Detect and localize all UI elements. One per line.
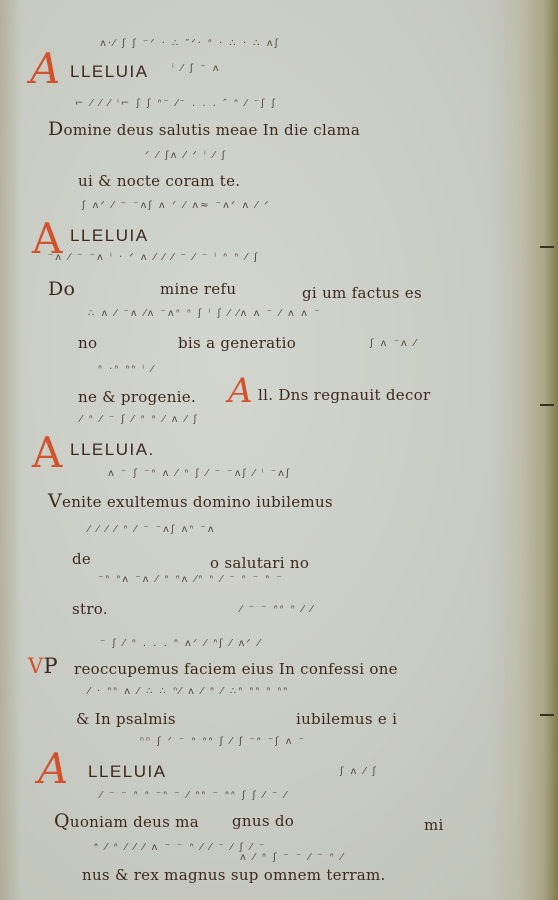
verse-initial: Q — [54, 810, 70, 832]
neume-row: ʌ ⁻ ʃ ⁻ᐢ ʌ ⁄ ᐢ ʃ ⁄ ⁻ ⁻ʌʃ ⁄ ⁱ ⁻ʌʃ — [108, 468, 291, 479]
verse-line: iubilemus e i — [296, 710, 397, 728]
verse-initial: D — [48, 118, 64, 140]
neume-row: ⁱ ⁄ ʃ ⁻ ʌ — [172, 63, 221, 74]
verse-line: ll. Dns regnauit decor — [258, 386, 430, 404]
decorated-initial-a: A — [32, 432, 62, 474]
verse-line: Venite exultemus domino iubilemus — [48, 490, 333, 512]
verse-line: & In psalmis — [76, 710, 176, 728]
verse-text: enite exultemus domino iubilemus — [62, 493, 333, 511]
page-edge-crack — [540, 404, 554, 406]
verse-initial: V — [48, 490, 62, 512]
verse-line: gi um factus es — [302, 284, 422, 302]
neume-row: ᐢ ·ᐢ ᐢᐢ ⁱ ⁄ — [98, 364, 155, 375]
neume-row: ⁄ · ᐢᐢ ʌ ⁄ ∴ ∴ ⁿ⁄ ʌ ⁄ ᐢ ⁄ ∴ᐢ ᐢᐢ ᐢ ᐢᐢ — [88, 686, 289, 697]
verse-line: mi — [424, 816, 444, 834]
verse-line: Do — [48, 278, 75, 300]
neume-row: ʌ·⁄ ʃ ʃ ⁻ᐟ · ∴ ″ᐟ· ᐢ · ∴ · ∴ ʌʃ — [100, 38, 280, 49]
verse-text: uoniam deus ma — [70, 813, 199, 831]
verse-line: Quoniam deus ma — [54, 810, 199, 832]
page-edge-crack — [540, 714, 554, 716]
manuscript-page: ʌ·⁄ ʃ ʃ ⁻ᐟ · ∴ ″ᐟ· ᐢ · ∴ · ∴ ʌʃ A LLELUI… — [0, 0, 558, 900]
neume-row: ʃ ʌᐟ ⁄ ⁻ ⁻ʌʃ ʌ ᐟ ⁄ ʌ≈ ⁻ʌᐟ ʌ ⁄ ᐟ — [82, 200, 271, 211]
neume-row: ʃ ʌ ⁄ ʃ — [340, 766, 378, 777]
verse-initial: P — [43, 654, 57, 678]
neume-row: ⌐ ⁄ ⁄ ⁄ ⁱ⌐ ʃ ʃ ᐢ⁻ ⁄⁻ . . . ″ ᐢ ⁄ ⁻ʃ ʃ — [75, 98, 277, 109]
verse-line: reoccupemus faciem eius In confessi one — [74, 660, 398, 678]
verse-line: Domine deus salutis meae In die clama — [48, 118, 360, 140]
neume-row: ᐟ ⁄ ʃʌ ⁄ ᐟ ⁱ ⁄ ʃ — [145, 150, 227, 161]
neume-row: ⁄ ⁻ ⁻ ᐢ ᐢ ⁻ᐢ ⁻ ⁄ ᐢᐢ ⁻ ᐢᐢ ʃ ʃ ⁄ ⁻ ⁄ — [100, 790, 288, 801]
neume-row: ⁻ʌ ⁄ ⁻ ⁻ʌ ⁱ · ᐟ ʌ ⁄ ⁄ ⁄ ⁻ ⁄ ⁻ ⁱ ᐢ ᐢ ⁄ ʃ — [48, 252, 260, 263]
verse-line: de — [72, 550, 91, 568]
alleluia-heading: LLELUIA — [88, 762, 167, 782]
neume-row: ⁻ᐢ ᐢʌ ⁻ʌ ⁄ ᐢ ᐢʌ ⁄ᐢ ᐢ ⁄ ⁻ ᐢ ⁻ ᐢ ⁻ — [98, 574, 284, 585]
rubric-initial: A — [228, 374, 253, 408]
neume-row: ∴ ʌ ⁄ ⁻ʌ ⁄ʌ ⁻ʌᐢ ᐢ ʃ ⁱ ʃ ⁄ ⁄ʌ ʌ ⁻ ⁄ ʌ ʌ ⁻ — [88, 308, 322, 319]
alleluia-heading: LLELUIA — [70, 226, 149, 246]
verse-line: no — [78, 334, 97, 352]
decorated-initial-a: A — [38, 748, 68, 790]
neume-row: ʌ ⁄ ᐢ ʃ ⁻ ⁻ ⁄ ⁻ ᐢ ⁄ — [240, 852, 345, 863]
verse-line: stro. — [72, 600, 108, 618]
verse-line: bis a generatio — [178, 334, 296, 352]
alleluia-heading: LLELUIA — [70, 62, 149, 82]
verse-line: mine refu — [160, 280, 236, 298]
neume-row: ⁄ ᐢ ⁄ ⁻ ʃ ⁄ ᐢ ᐢ ⁄ ʌ ⁄ ʃ — [80, 414, 199, 425]
verse-line: ne & progenie. — [78, 388, 196, 406]
neume-row: ⁻ ʃ ⁄ ᐢ . . . ᐢ ʌᐟ ⁄ ᐢʃ ⁄ ʌᐟ ⁄ — [100, 638, 262, 649]
page-edge-crack — [540, 246, 554, 248]
decorated-initial-a: A — [30, 48, 60, 90]
neume-row: ⁿⁿ ʃ ᐟ ⁻ ᐢ ᐢᐢ ʃ ⁄ ʃ ⁻ᐢ ⁻ʃ ʌ ⁻ — [140, 736, 306, 747]
verse-text: omine deus salutis meae In die clama — [64, 121, 361, 139]
neume-row: ʃ ʌ ⁻ʌ ⁄ — [370, 338, 418, 349]
verse-text: Do — [48, 278, 75, 300]
verse-line: o salutari no — [210, 554, 309, 572]
neume-row: ⁄ ⁻ ⁻ ᐢᐢ ᐢ ⁄ ⁄ — [240, 604, 314, 615]
alleluia-heading: LLELUIA. — [70, 440, 155, 460]
verse-line: ui & nocte coram te. — [78, 172, 240, 190]
verse-line: nus & rex magnus sup omnem terram. — [82, 866, 386, 884]
verse-line: gnus do — [232, 812, 294, 830]
versicle-marker: V — [28, 654, 43, 678]
neume-row: ⁄ ⁄ ⁄ ⁄ ᐢ ⁄ ⁻ ⁻ʌʃ ʌᐢ ⁻ʌ — [88, 524, 216, 535]
verse-line: VP — [28, 654, 58, 678]
